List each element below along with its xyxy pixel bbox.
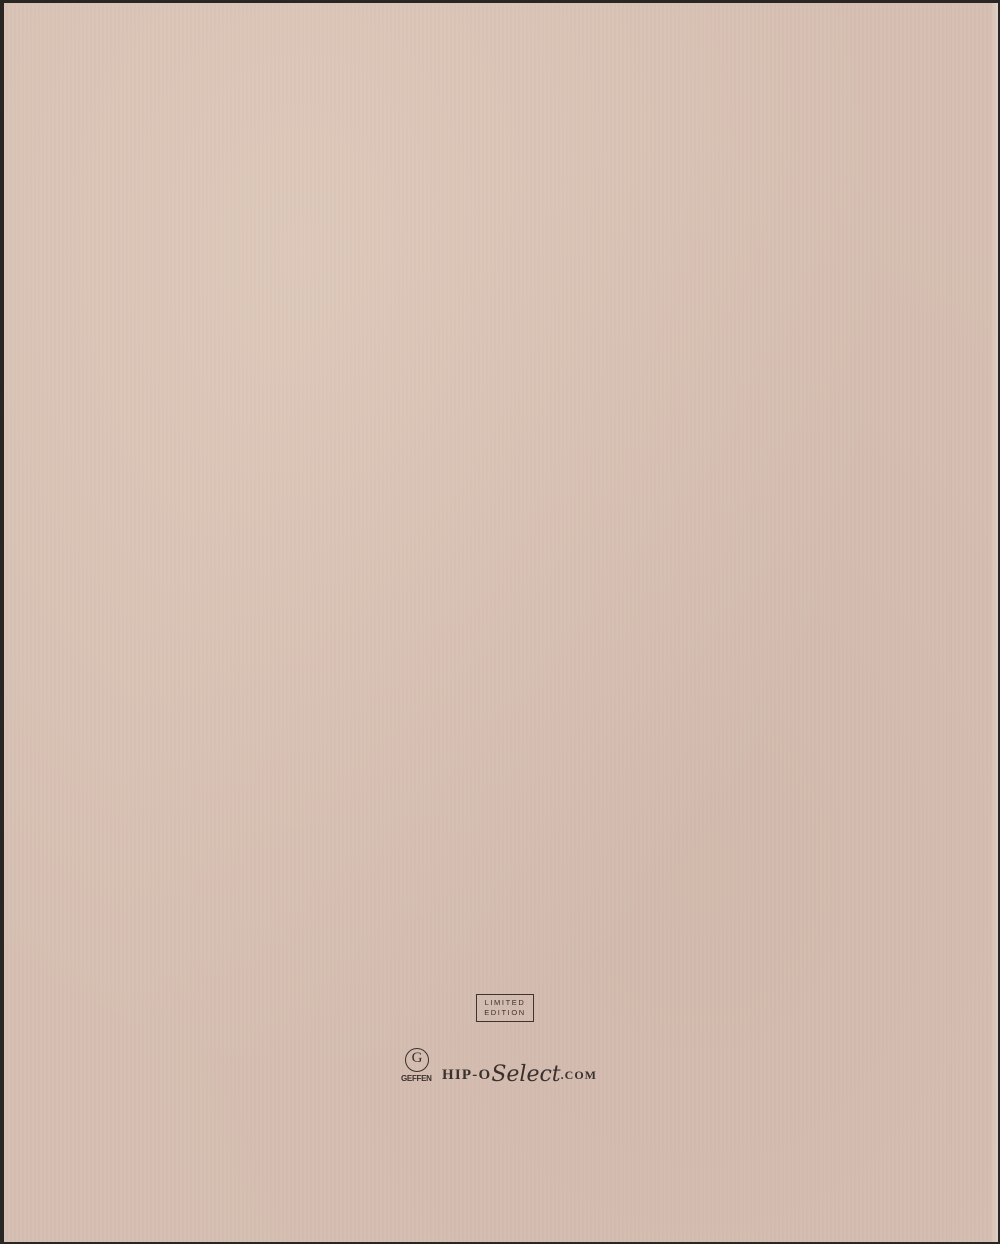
cover-edge — [990, 3, 998, 1242]
cover-crease — [949, 3, 952, 1242]
badge-line-2: EDITION — [484, 1008, 526, 1018]
geffen-label: GEFFEN — [401, 1074, 432, 1083]
badge-line-1: LIMITED — [485, 998, 526, 1008]
geffen-letter: G — [405, 1050, 429, 1067]
geffen-logo: G GEFFEN — [402, 1048, 436, 1088]
logo-row: G GEFFEN HIP-OSelect.COM — [402, 1048, 622, 1088]
website-prefix: HIP-O — [442, 1067, 491, 1083]
website-suffix: .COM — [561, 1068, 597, 1082]
hip-o-select-website: HIP-OSelect.COM — [442, 1060, 597, 1085]
website-script: Select — [491, 1062, 560, 1087]
limited-edition-badge: LIMITED EDITION — [476, 994, 534, 1022]
album-back-cover: LIMITED EDITION G GEFFEN HIP-OSelect.COM — [4, 3, 998, 1242]
